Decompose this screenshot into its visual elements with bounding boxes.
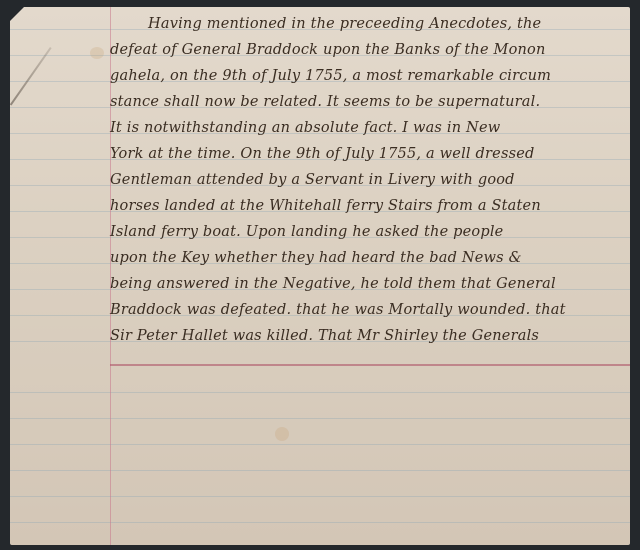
paper-stain [275,427,289,441]
ruled-line [10,392,630,393]
handwritten-text: Having mentioned in the preceeding Anecd… [110,11,622,349]
text-line: defeat of General Braddock upon the Bank… [110,37,622,63]
text-line: It is notwithstanding an absolute fact. … [110,115,622,141]
text-line: gahela, on the 9th of July 1755, a most … [110,63,622,89]
ruled-line [10,496,630,497]
red-horizontal-rule [110,364,630,366]
text-line: Having mentioned in the preceeding Anecd… [110,11,622,37]
text-line: horses landed at the Whitehall ferry Sta… [110,193,622,219]
ruled-line [10,522,630,523]
text-line: York at the time. On the 9th of July 175… [110,141,622,167]
ruled-line [10,470,630,471]
text-line: being answered in the Negative, he told … [110,271,622,297]
text-line: Island ferry boat. Upon landing he asked… [110,219,622,245]
text-line: Braddock was defeated. that he was Morta… [110,297,622,323]
text-line: upon the Key whether they had heard the … [110,245,622,271]
text-line: Sir Peter Hallet was killed. That Mr Shi… [110,323,622,349]
manuscript-page: Having mentioned in the preceeding Anecd… [10,7,630,545]
text-line: Gentleman attended by a Servant in Liver… [110,167,622,193]
ruled-line [10,444,630,445]
paper-stain [90,47,104,59]
text-line: stance shall now be related. It seems to… [110,89,622,115]
scan-frame: Having mentioned in the preceeding Anecd… [0,0,640,550]
ruled-line [10,418,630,419]
